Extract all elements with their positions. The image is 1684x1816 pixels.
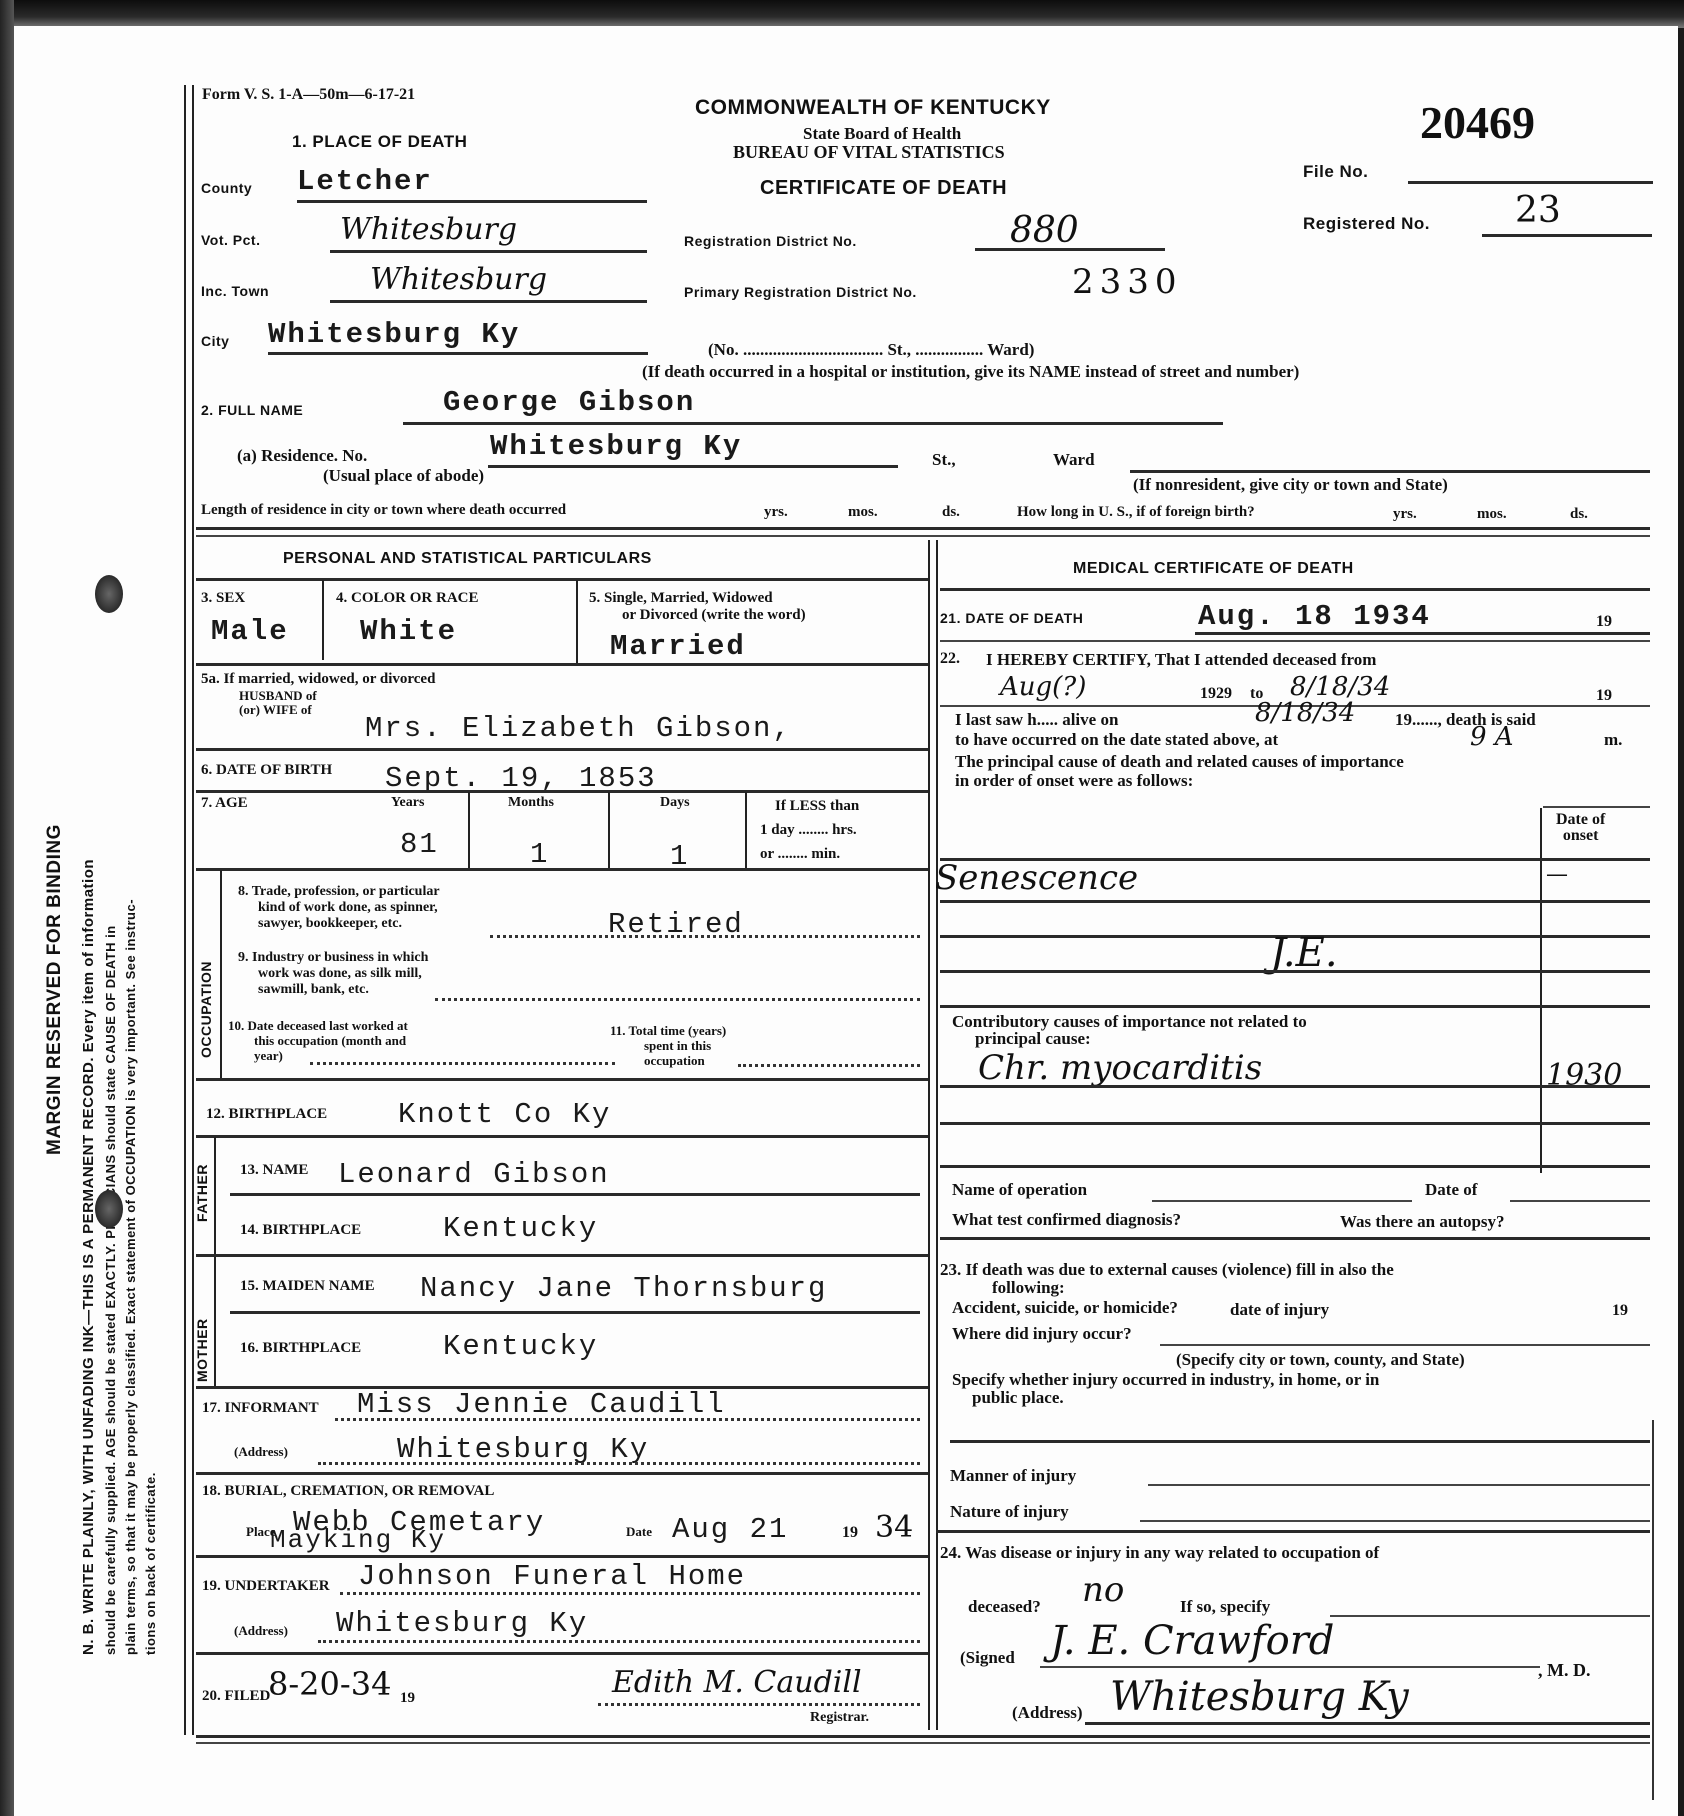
last-worked-dots [310,1062,615,1065]
race-label: 4. COLOR OR RACE [336,590,479,607]
binding-hole [95,575,123,613]
undertaker-address[interactable]: Whitesburg Ky [336,1607,588,1640]
column-divider [928,540,930,1730]
parents-bracket [214,1137,216,1387]
attended-to-year-prefix: 19 [1596,687,1612,705]
less-than-label-2: 1 day ........ hrs. [760,822,857,839]
vot-pct-value[interactable]: Whitesburg [340,212,517,247]
operation-label: Name of operation [952,1180,1087,1200]
registered-no-value[interactable]: 23 [1515,190,1561,231]
signature-line [1040,1666,1540,1668]
age-months-label: Months [508,795,554,811]
inc-town-value[interactable]: Whitesburg [370,262,547,297]
row-line [196,1254,928,1257]
row-line [230,1193,920,1196]
birthplace-value[interactable]: Knott Co Ky [398,1098,611,1131]
occurred-label: to have occurred on the date stated abov… [955,730,1278,750]
cause-line [940,1165,1650,1168]
informant-name[interactable]: Miss Jennie Caudill [357,1388,726,1421]
mother-birthplace-value[interactable]: Kentucky [443,1330,598,1363]
contributory-cause[interactable]: Chr. myocarditis [978,1048,1262,1088]
nonresident-note: (If nonresident, give city or town and S… [1133,475,1448,495]
registrar-signature[interactable]: Edith M. Caudill [612,1665,862,1700]
length-mos: mos. [848,504,878,521]
less-than-label-3: or ........ min. [760,846,840,863]
age-years-value[interactable]: 81 [400,828,439,861]
if-so-specify-label: If so, specify [1180,1597,1270,1617]
spouse-value[interactable]: Mrs. Elizabeth Gibson, [365,712,792,745]
informant-label: 17. INFORMANT [202,1400,319,1417]
onset-label-2: onset [1556,828,1605,844]
file-no-line [1408,181,1653,184]
last-worked-label-3: year) [228,1048,408,1063]
external-label-1: 23. If death was due to external causes … [940,1260,1394,1280]
registrar-label: Registrar. [810,1710,869,1726]
row-line [196,578,928,581]
trade-label-2: kind of work done, as spinner, [238,900,440,916]
sex-label: 3. SEX [201,590,245,607]
undertaker-name[interactable]: Johnson Funeral Home [358,1560,746,1593]
frame-left-outer [184,85,186,1735]
informant-address-dots [318,1462,920,1465]
autopsy-label: Was there an autopsy? [1340,1212,1505,1232]
age-years-label: Years [391,795,424,811]
trade-dots [490,935,920,938]
file-number-stamp: 20469 [1420,96,1535,149]
hospital-note: (If death occurred in a hospital or inst… [642,362,1299,382]
trade-label-3: sawyer, bookkeeper, etc. [238,916,440,932]
last-worked-label-2: this occupation (month and [228,1033,408,1048]
certify-number: 22. [940,650,960,668]
row-line [196,790,928,793]
length-ds: ds. [942,504,960,521]
row-line [230,1311,920,1314]
address-line [1085,1722,1650,1725]
place-of-death-title: 1. PLACE OF DEATH [292,132,467,152]
row-line [196,1472,928,1475]
registrar-dots [598,1703,920,1706]
less-than-label-1: If LESS than [775,798,859,815]
mother-side-label: MOTHER [194,1318,210,1382]
county-line [297,200,647,203]
city-label: City [201,333,229,349]
informant-dots [335,1418,920,1421]
margin-binding-note: MARGIN RESERVED FOR BINDING [44,824,66,1155]
registered-no-line [1482,234,1652,237]
trade-label-1: 8. Trade, profession, or particular [238,884,440,900]
cause-line [940,970,1650,973]
margin-instruction-4: tions on back of certificate. [144,1472,157,1655]
industry-label-1: 9. Industry or business in which [238,950,428,966]
residence-st-label: St., [932,450,956,470]
burial-date-label: Date [626,1524,652,1540]
scan-left-edge [0,0,14,1816]
filed-year-prefix: 19 [400,1690,415,1707]
death-said-label: 19......, death is said [1395,710,1536,730]
principal-cause[interactable]: Senescence [935,858,1138,898]
operation-date-line [1510,1200,1650,1202]
age-months-value[interactable]: 1 [530,838,549,871]
row-line [940,588,1650,591]
undertaker-address-label: (Address) [234,1623,288,1639]
vot-pct-line [330,250,647,253]
primary-district-value[interactable]: 2330 [1072,262,1183,302]
county-label: County [201,180,252,196]
cell-divider [468,792,470,870]
row-line [940,640,1650,642]
mother-birthplace-label: 16. BIRTHPLACE [240,1340,361,1357]
occupation-side-label: OCCUPATION [198,961,214,1058]
header-certificate: CERTIFICATE OF DEATH [760,177,1007,200]
city-value[interactable]: Whitesburg Ky [268,318,520,351]
filed-label: 20. FILED [202,1688,270,1705]
vot-pct-label: Vot. Pct. [201,232,260,248]
row-line [196,748,928,751]
operation-date-label: Date of [1425,1180,1477,1200]
frame-left-inner [192,85,194,1735]
specify-place-label-1: Specify whether injury occurred in indus… [952,1370,1379,1390]
date-of-death-value[interactable]: Aug. 18 1934 [1198,600,1431,633]
principal-label-1: The principal cause of death and related… [955,752,1404,772]
accident-label: Accident, suicide, or homicide? [952,1298,1178,1318]
row-line [196,1078,928,1081]
contributory-label-2: principal cause: [975,1029,1091,1049]
total-time-dots [738,1064,920,1067]
father-side-label: FATHER [194,1164,210,1222]
column-divider-2 [936,540,938,1730]
registration-district-value[interactable]: 880 [1010,210,1079,251]
full-name-value[interactable]: George Gibson [443,386,695,419]
marital-label-2: or Divorced (write the word) [622,607,806,624]
injury-year-prefix: 19 [1612,1302,1628,1320]
burial-date[interactable]: Aug 21 [672,1513,788,1546]
test-label: What test confirmed diagnosis? [952,1210,1181,1230]
inc-town-label: Inc. Town [201,283,269,299]
time-suffix: m. [1604,730,1622,750]
onset-label-1: Date of [1556,812,1605,828]
row-line [950,1440,1650,1443]
spouse-label-1: 5a. If married, widowed, or divorced [201,671,435,688]
residence-ward-line [1130,470,1650,473]
occupation-related-answer[interactable]: no [1082,1570,1124,1610]
last-saw-value[interactable]: 8/18/34 [1255,698,1355,728]
cell-divider [745,792,747,870]
birthplace-label: 12. BIRTHPLACE [206,1106,327,1123]
father-name-label: 13. NAME [240,1162,308,1179]
margin-instruction-1: N. B. WRITE PLAINLY, WITH UNFADING INK—T… [80,859,97,1655]
registration-district-line [975,248,1165,251]
father-birthplace-label: 14. BIRTHPLACE [240,1222,361,1239]
row-line [196,1135,928,1138]
time-of-death[interactable]: 9 A [1470,722,1514,752]
full-name-label: 2. FULL NAME [201,402,303,418]
header-board: State Board of Health [803,124,961,144]
registration-district-label: Registration District No. [684,233,857,249]
occupation-related-label-2: deceased? [968,1597,1041,1617]
foreign-ds: ds. [1570,506,1588,523]
industry-label-2: work was done, as silk mill, [238,966,428,982]
undertaker-label: 19. UNDERTAKER [202,1578,330,1595]
foreign-birth-label: How long in U. S., if of foreign birth? [1017,504,1255,521]
burial-label: 18. BURIAL, CREMATION, OR REMOVAL [202,1483,494,1500]
burial-year[interactable]: 34 [875,1510,913,1545]
bottom-line-2 [196,1742,1650,1744]
undertaker-dots [340,1592,920,1595]
total-time-label-3: occupation [610,1053,726,1068]
burial-place-2[interactable]: Mayking Ky [270,1525,446,1555]
manner-label: Manner of injury [950,1466,1076,1486]
medical-section-title: MEDICAL CERTIFICATE OF DEATH [1073,560,1354,578]
registered-no-label: Registered No. [1303,214,1430,234]
cause-line [940,1122,1650,1125]
form-number: Form V. S. 1-A—50m—6-17-21 [202,86,415,104]
mother-name-value[interactable]: Nancy Jane Thornsburg [420,1272,827,1305]
date-of-death-label: 21. DATE OF DEATH [940,610,1083,626]
specify-place-label-2: public place. [972,1388,1064,1408]
specify-location-note: (Specify city or town, county, and State… [1176,1350,1465,1370]
total-time-label: 11. Total time (years) spent in this occ… [610,1023,726,1068]
external-label-2: following: [992,1278,1065,1298]
physician-address[interactable]: Whitesburg Ky [1110,1674,1409,1720]
full-name-line [403,422,1223,425]
where-line [1160,1344,1650,1346]
occupation-bracket [220,870,222,1080]
manner-line [1148,1484,1650,1486]
father-birthplace-value[interactable]: Kentucky [443,1212,598,1245]
date-of-death-line [1195,632,1650,635]
principal-label-2: in order of onset were as follows: [955,771,1193,791]
sex-value[interactable]: Male [211,615,289,648]
occupation-related-label-1: 24. Was disease or injury in any way rel… [940,1543,1379,1563]
inc-town-line [330,300,647,303]
dob-label: 6. DATE OF BIRTH [201,762,332,779]
attended-from[interactable]: Aug(?) [1000,672,1086,702]
bottom-line [196,1735,1650,1738]
marital-label-1: 5. Single, Married, Widowed [589,590,773,607]
cell-divider [608,792,610,870]
paper-right-edge [1652,1420,1654,1800]
section-divider-2 [196,535,1650,537]
cause-line [940,900,1650,903]
total-time-label-2: spent in this [610,1038,726,1053]
signed-label: (Signed [960,1648,1015,1668]
where-label: Where did injury occur? [952,1324,1132,1344]
residence-line [488,465,898,468]
specify-line [1330,1615,1650,1617]
county-value[interactable]: Letcher [297,165,433,198]
total-time-label-1: 11. Total time (years) [610,1023,726,1038]
cell-divider [322,580,324,660]
section-divider [196,527,1650,530]
foreign-yrs: yrs. [1393,506,1417,523]
usual-abode-note: (Usual place of abode) [323,466,484,486]
physician-address-label: (Address) [1012,1703,1083,1723]
header-commonwealth: COMMONWEALTH OF KENTUCKY [695,96,1051,120]
cause-line [940,1085,1650,1088]
residence-label: (a) Residence. No. [237,446,367,466]
industry-label-3: sawmill, bank, etc. [238,982,428,998]
nature-line [1140,1520,1650,1522]
length-residence-label: Length of residence in city or town wher… [201,502,566,519]
city-line [268,352,648,355]
undertaker-address-dots [318,1640,920,1643]
binding-hole [95,1190,123,1228]
onset-label: Date of onset [1556,812,1605,844]
header-bureau: BUREAU OF VITAL STATISTICS [733,142,1005,163]
last-worked-label: 10. Date deceased last worked at this oc… [228,1018,408,1063]
age-label: 7. AGE [201,795,248,812]
row-line [940,1237,1650,1240]
burial-year-prefix: 19 [842,1524,858,1542]
row-line [196,663,928,666]
margin-instruction-3: plain terms, so that it may be properly … [124,899,137,1655]
marital-value[interactable]: Married [610,630,746,663]
primary-district-label: Primary Registration District No. [684,284,917,300]
operation-line [1152,1200,1412,1202]
cell-divider [576,580,578,665]
certify-text: I HEREBY CERTIFY, That I attended deceas… [986,650,1376,670]
mother-name-label: 15. MAIDEN NAME [240,1278,375,1295]
age-days-label: Days [660,795,690,811]
row-line [196,868,928,871]
length-yrs: yrs. [764,504,788,521]
file-no-label: File No. [1303,162,1368,182]
trade-label: 8. Trade, profession, or particular kind… [238,884,440,932]
row-line [196,1555,928,1558]
father-name-value[interactable]: Leonard Gibson [338,1158,610,1191]
attended-from-year[interactable]: 1929 [1200,685,1232,703]
foreign-mos: mos. [1477,506,1507,523]
residence-ward-label: Ward [1053,450,1095,470]
row-line [196,1652,928,1655]
residence-value[interactable]: Whitesburg Ky [490,430,742,463]
street-ward-label: (No. ................................. S… [708,340,1034,360]
md-label: , M. D. [1538,1660,1591,1681]
nature-label: Nature of injury [950,1502,1069,1522]
principal-onset[interactable]: — [1546,862,1568,887]
industry-dots [435,998,920,1001]
race-value[interactable]: White [360,615,457,648]
last-saw-label: I last saw h..... alive on [955,710,1118,730]
filed-date[interactable]: 8-20-34 [268,1665,391,1703]
scan-top-edge [0,0,1684,28]
row-line [936,1530,1650,1533]
margin-instruction-2: should be carefully supplied. AGE should… [104,925,117,1655]
industry-label: 9. Industry or business in which work wa… [238,950,428,998]
cause-line [940,1005,1650,1008]
physician-signature[interactable]: J. E. Crawford [1050,1618,1334,1664]
onset-column-divider [1540,808,1542,1173]
last-worked-label-1: 10. Date deceased last worked at [228,1018,408,1033]
injury-date-label: date of injury [1230,1300,1329,1320]
personal-section-title: PERSONAL AND STATISTICAL PARTICULARS [283,550,652,568]
spouse-label-3: (or) WIFE of [239,702,312,718]
informant-address-label: (Address) [234,1444,288,1460]
onset-top [1543,806,1650,808]
date-of-death-year-prefix: 19 [1596,613,1612,631]
